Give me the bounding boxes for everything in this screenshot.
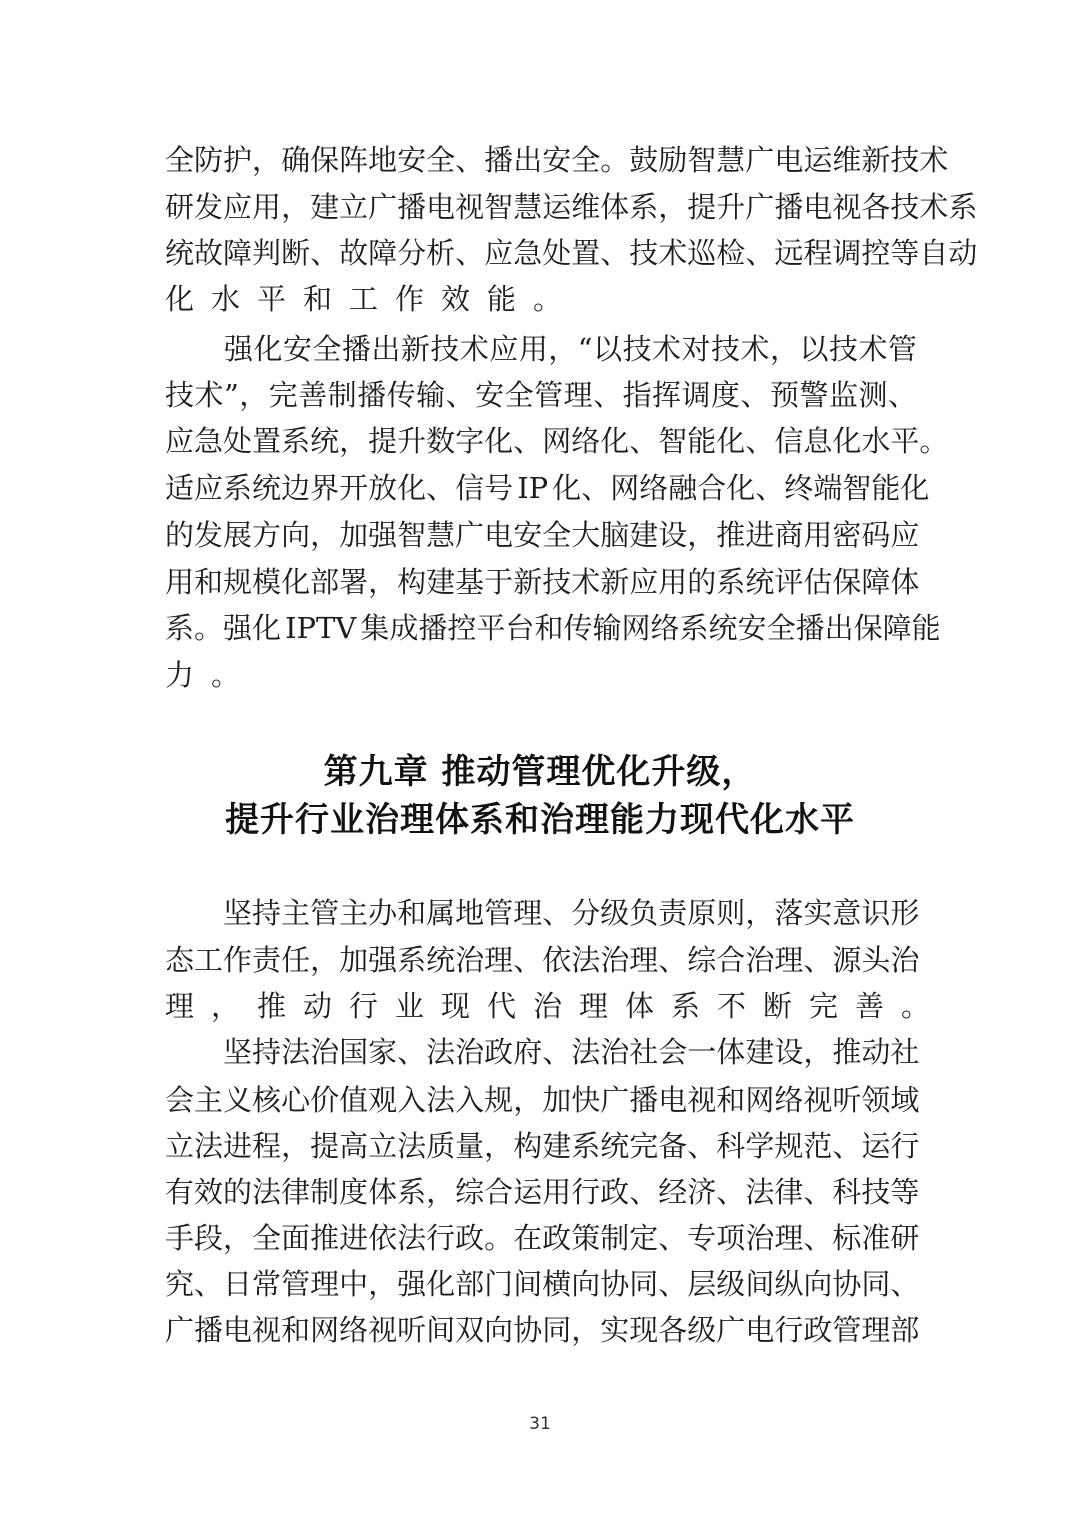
paragraph-2-line-8: 力。 [165,652,917,698]
paragraph-4-line-5: 手段，全面推进依法行政。在政策制定、专项治理、标准研 [165,1215,917,1261]
paragraph-3-line-2: 态工作责任，加强系统治理、依法治理、综合治理、源头治 [165,937,917,983]
paragraph-1-line-1: 全防护，确保阵地安全、播出安全。鼓励智慧广电运维新技术 [165,137,917,183]
paragraph-2-line-3: 应急处置系统，提升数字化、网络化、智能化、信息化水平。 [165,418,917,464]
paragraph-2-line-2: 技术”，完善制播传输、安全管理、指挥调度、预警监测、 [165,372,917,418]
page-number: 31 [0,1412,1080,1436]
chapter-heading-line-2: 提升行业治理体系和治理能力现代化水平 [0,796,1080,844]
chapter-heading-line-1: 第九章 推动管理优化升级， [0,748,1080,796]
paragraph-3-line-1: 坚持主管主办和属地管理、分级负责原则，落实意识形 [165,890,917,936]
paragraph-4-line-6: 究、日常管理中，强化部门间横向协同、层级间纵向协同、 [165,1261,917,1307]
paragraph-1-line-2: 研发应用，建立广播电视智慧运维体系，提升广播电视各技术系 [165,184,917,230]
paragraph-2-line-7: 系。强化 IPTV 集成播控平台和传输网络系统安全播出保障能 [165,605,917,651]
document-page: 全防护，确保阵地安全、播出安全。鼓励智慧广电运维新技术 研发应用，建立广播电视智… [0,0,1080,1527]
paragraph-4-line-2: 会主义核心价值观入法入规，加快广播电视和网络视听领域 [165,1077,917,1123]
paragraph-2-line-6: 用和规模化部署，构建基于新技术新应用的系统评估保障体 [165,559,917,605]
paragraph-1-line-3: 统故障判断、故障分析、应急处置、技术巡检、远程调控等自动 [165,230,917,276]
paragraph-4-line-1: 坚持法治国家、法治政府、法治社会一体建设，推动社 [165,1029,917,1075]
paragraph-3-line-3: 理，推动行业现代治理体系不断完善。 [165,983,917,1029]
paragraph-2-line-4: 适应系统边界开放化、信号 IP 化、网络融合化、终端智能化 [165,465,917,511]
paragraph-4-line-7: 广播电视和网络视听间双向协同，实现各级广电行政管理部 [165,1307,917,1353]
paragraph-4-line-3: 立法进程，提高立法质量，构建系统完备、科学规范、运行 [165,1123,917,1169]
paragraph-1-line-4: 化水平和工作效能。 [165,276,917,322]
paragraph-4-line-4: 有效的法律制度体系，综合运用行政、经济、法律、科技等 [165,1169,917,1215]
paragraph-2-line-1: 强化安全播出新技术应用，“以技术对技术，以技术管 [165,326,917,372]
paragraph-2-line-5: 的发展方向，加强智慧广电安全大脑建设，推进商用密码应 [165,512,917,558]
